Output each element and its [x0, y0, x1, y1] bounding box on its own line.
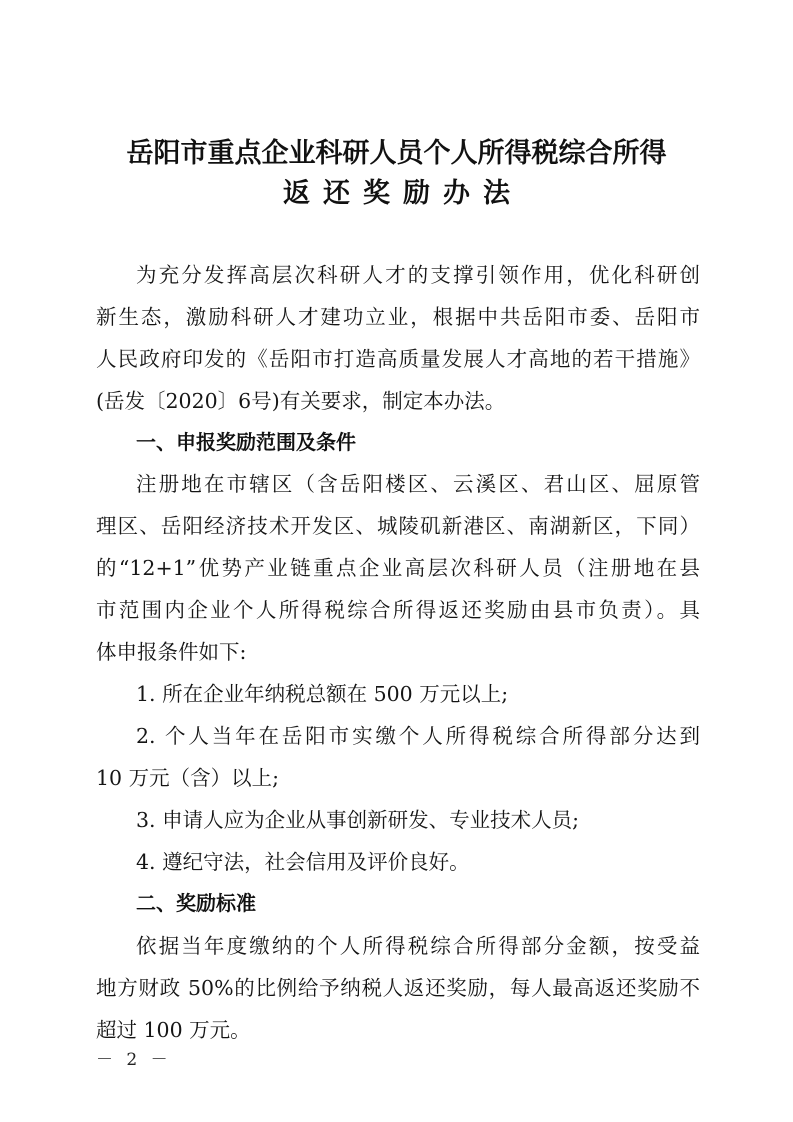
- section-heading-scope: 一、申报奖励范围及条件: [136, 432, 356, 452]
- condition-item-4: 4. 遵纪守法，社会信用及评价良好。: [136, 852, 700, 873]
- condition-item-2: 2. 个人当年在岳阳市实缴个人所得税综合所得部分达到: [136, 726, 700, 747]
- section-1-line: 理区、岳阳经济技术开发区、城陵矶新港区、南湖新区，下同）: [96, 516, 700, 537]
- section-1-line: 市范围内企业个人所得税综合所得返还奖励由县市负责）。具: [96, 600, 700, 621]
- section-1-line: 的“12+1”优势产业链重点企业高层次科研人员（注册地在县: [96, 558, 700, 579]
- section-2-line: 依据当年度缴纳的个人所得税综合所得部分金额，按受益: [136, 936, 700, 957]
- condition-item-2-continued: 10 万元（含）以上;: [96, 768, 700, 789]
- intro-line: 人民政府印发的《岳阳市打造高质量发展人才高地的若干措施》: [96, 349, 700, 370]
- section-2-line: 地方财政 50%的比例给予纳税人返还奖励，每人最高返还奖励不: [96, 978, 700, 999]
- intro-line: 新生态，激励科研人才建功立业，根据中共岳阳市委、岳阳市: [96, 307, 700, 328]
- condition-item-1: 1. 所在企业年纳税总额在 500 万元以上;: [136, 684, 700, 705]
- section-1-line: 体申报条件如下:: [96, 642, 700, 663]
- document-title-line-2: 返还奖励办法: [0, 180, 793, 207]
- section-2-line: 超过 100 万元。: [96, 1020, 700, 1041]
- intro-line: (岳发〔2020〕6号)有关要求，制定本办法。: [96, 391, 700, 412]
- section-1-line: 注册地在市辖区（含岳阳楼区、云溪区、君山区、屈原管: [136, 474, 700, 495]
- intro-line: 为充分发挥高层次科研人才的支撑引领作用，优化科研创: [136, 265, 700, 286]
- page-number: － 2 －: [96, 1052, 172, 1069]
- condition-item-3: 3. 申请人应为企业从事创新研发、专业技术人员;: [136, 810, 700, 831]
- document-page: 岳阳市重点企业科研人员个人所得税综合所得 返还奖励办法 为充分发挥高层次科研人才…: [0, 0, 793, 1122]
- document-title-line-1: 岳阳市重点企业科研人员个人所得税综合所得: [0, 140, 793, 167]
- section-heading-reward-standard: 二、奖励标准: [136, 893, 256, 913]
